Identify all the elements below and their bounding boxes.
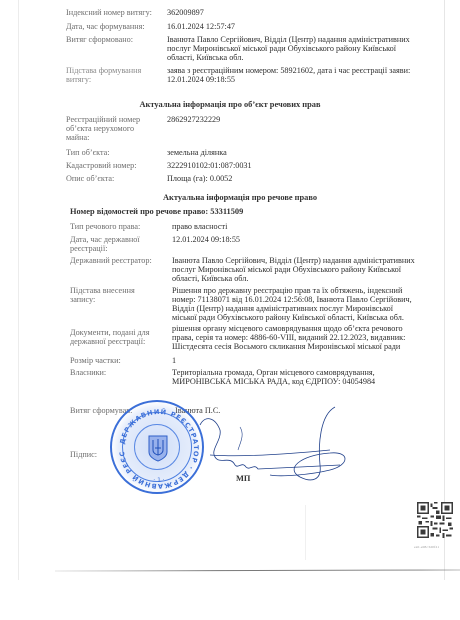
registrar-line: області, Київська обл. bbox=[172, 274, 437, 283]
documents-label: Документи, подані для державної реєстрац… bbox=[70, 328, 165, 346]
label-line: запису: bbox=[70, 295, 165, 304]
basis-label-line: витягу: bbox=[66, 75, 161, 84]
label-line: державної реєстрації: bbox=[70, 337, 165, 346]
share-value: 1 bbox=[172, 356, 437, 365]
label-line: Підстава внесення bbox=[70, 286, 165, 295]
entry-basis-line: міської ради Обухівського району Київськ… bbox=[172, 313, 437, 322]
registrar-line: Іванюта Павло Сергійович, Відділ (Центр)… bbox=[172, 256, 437, 265]
coat-of-arms-trident-icon bbox=[147, 434, 169, 462]
basis-label: Підстава формування витягу: bbox=[66, 66, 161, 84]
registration-datetime-value: 12.01.2024 09:18:55 bbox=[172, 235, 437, 244]
entry-basis-value: Рішення про державну реєстрацію прав та … bbox=[172, 286, 437, 322]
owners-label: Власники: bbox=[70, 368, 165, 377]
created-by-line: області, Київська обл. bbox=[167, 53, 432, 62]
index-number-label: Індексний номер витягу: bbox=[66, 8, 161, 17]
description-label: Опис об’єкта: bbox=[66, 174, 161, 183]
entry-basis-label: Підстава внесення запису: bbox=[70, 286, 165, 304]
seal-label: МП bbox=[236, 474, 250, 483]
signature-scribble-icon bbox=[180, 395, 360, 490]
qr-caption: ea0-e08c3d0f21 bbox=[414, 545, 439, 549]
right-section-heading: Актуальна інформація про речове право bbox=[10, 193, 460, 202]
right-type-label: Тип речового права: bbox=[70, 222, 165, 231]
label-line: Дата, час державної bbox=[70, 235, 165, 244]
created-by-line: Іванюта Павло Сергійович, Відділ (Центр)… bbox=[167, 35, 432, 44]
entry-basis-line: Рішення про державну реєстрацію прав та … bbox=[172, 286, 437, 295]
object-type-label: Тип об’єкта: bbox=[66, 148, 161, 157]
basis-value: заява з реєстраційним номером: 58921602,… bbox=[167, 66, 432, 84]
owners-line: МИРОНІВСЬКА МІСЬКА РАДА, код ЄДРПОУ: 040… bbox=[172, 377, 437, 386]
svg-text:· 1 ·: · 1 · bbox=[153, 477, 165, 484]
index-number-value: 362009897 bbox=[167, 8, 432, 17]
entry-basis-line: Відділ (Центр) надання адміністративних … bbox=[172, 304, 437, 313]
registration-datetime-label: Дата, час державної реєстрації: bbox=[70, 235, 165, 253]
object-type-value: земельна ділянка bbox=[167, 148, 432, 157]
record-number: Номер відомостей про речове право: 53311… bbox=[70, 207, 243, 216]
registration-number-value: 2862927232229 bbox=[167, 115, 432, 124]
basis-line: заява з реєстраційним номером: 58921602,… bbox=[167, 66, 432, 75]
share-label: Розмір частки: bbox=[70, 356, 165, 365]
label-line: об’єкта нерухомого bbox=[66, 124, 161, 133]
created-by-line: послуг Миронівської міської ради Обухівс… bbox=[167, 44, 432, 53]
owners-value: Територіальна громада, Орган місцевого с… bbox=[172, 368, 437, 386]
documents-line: Шістдесята сесія Восьмого скликання Миро… bbox=[172, 342, 437, 351]
created-by-label: Витяг сформовано: bbox=[66, 35, 161, 44]
registrar-label: Державний реєстратор: bbox=[70, 256, 165, 265]
object-section-heading: Актуальна інформація про об’єкт речових … bbox=[0, 100, 460, 109]
cadastral-number-value: 3222910102:01:087:0031 bbox=[167, 161, 432, 170]
official-stamp: ДЕРЖАВНИЙ РЕЄСТРАТОР · ДЕРЖАВНИЙ РЕЄСТРА… bbox=[110, 400, 204, 494]
documents-line: рішення органу місцевого самоврядування … bbox=[172, 324, 437, 333]
qr-code-icon bbox=[417, 502, 453, 538]
right-type-value: право власності bbox=[172, 222, 437, 231]
basis-line: 12.01.2024 09:18:55 bbox=[167, 75, 432, 84]
label-line: Документи, подані для bbox=[70, 328, 165, 337]
scan-artifact bbox=[305, 505, 306, 560]
entry-basis-line: номер: 71138071 від 16.01.2024 12:56:08,… bbox=[172, 295, 437, 304]
documents-line: права, серія та номер: 4886-60-VIII, вид… bbox=[172, 333, 437, 342]
documents-value: рішення органу місцевого самоврядування … bbox=[172, 324, 437, 351]
created-at-value: 16.01.2024 12:57:47 bbox=[167, 22, 432, 31]
registrar-value: Іванюта Павло Сергійович, Відділ (Центр)… bbox=[172, 256, 437, 283]
registration-number-label: Реєстраційний номер об’єкта нерухомого м… bbox=[66, 115, 161, 142]
description-value: Площа (га): 0.0052 bbox=[167, 174, 432, 183]
owners-line: Територіальна громада, Орган місцевого с… bbox=[172, 368, 437, 377]
label-line: реєстрації: bbox=[70, 244, 165, 253]
registrar-line: послуг Миронівської міської ради Обухівс… bbox=[172, 265, 437, 274]
label-line: майна: bbox=[66, 133, 161, 142]
created-by-value: Іванюта Павло Сергійович, Відділ (Центр)… bbox=[167, 35, 432, 62]
label-line: Реєстраційний номер bbox=[66, 115, 161, 124]
created-at-label: Дата, час формування: bbox=[66, 22, 161, 31]
cadastral-number-label: Кадастровий номер: bbox=[66, 161, 161, 170]
basis-label-line: Підстава формування bbox=[66, 66, 161, 75]
